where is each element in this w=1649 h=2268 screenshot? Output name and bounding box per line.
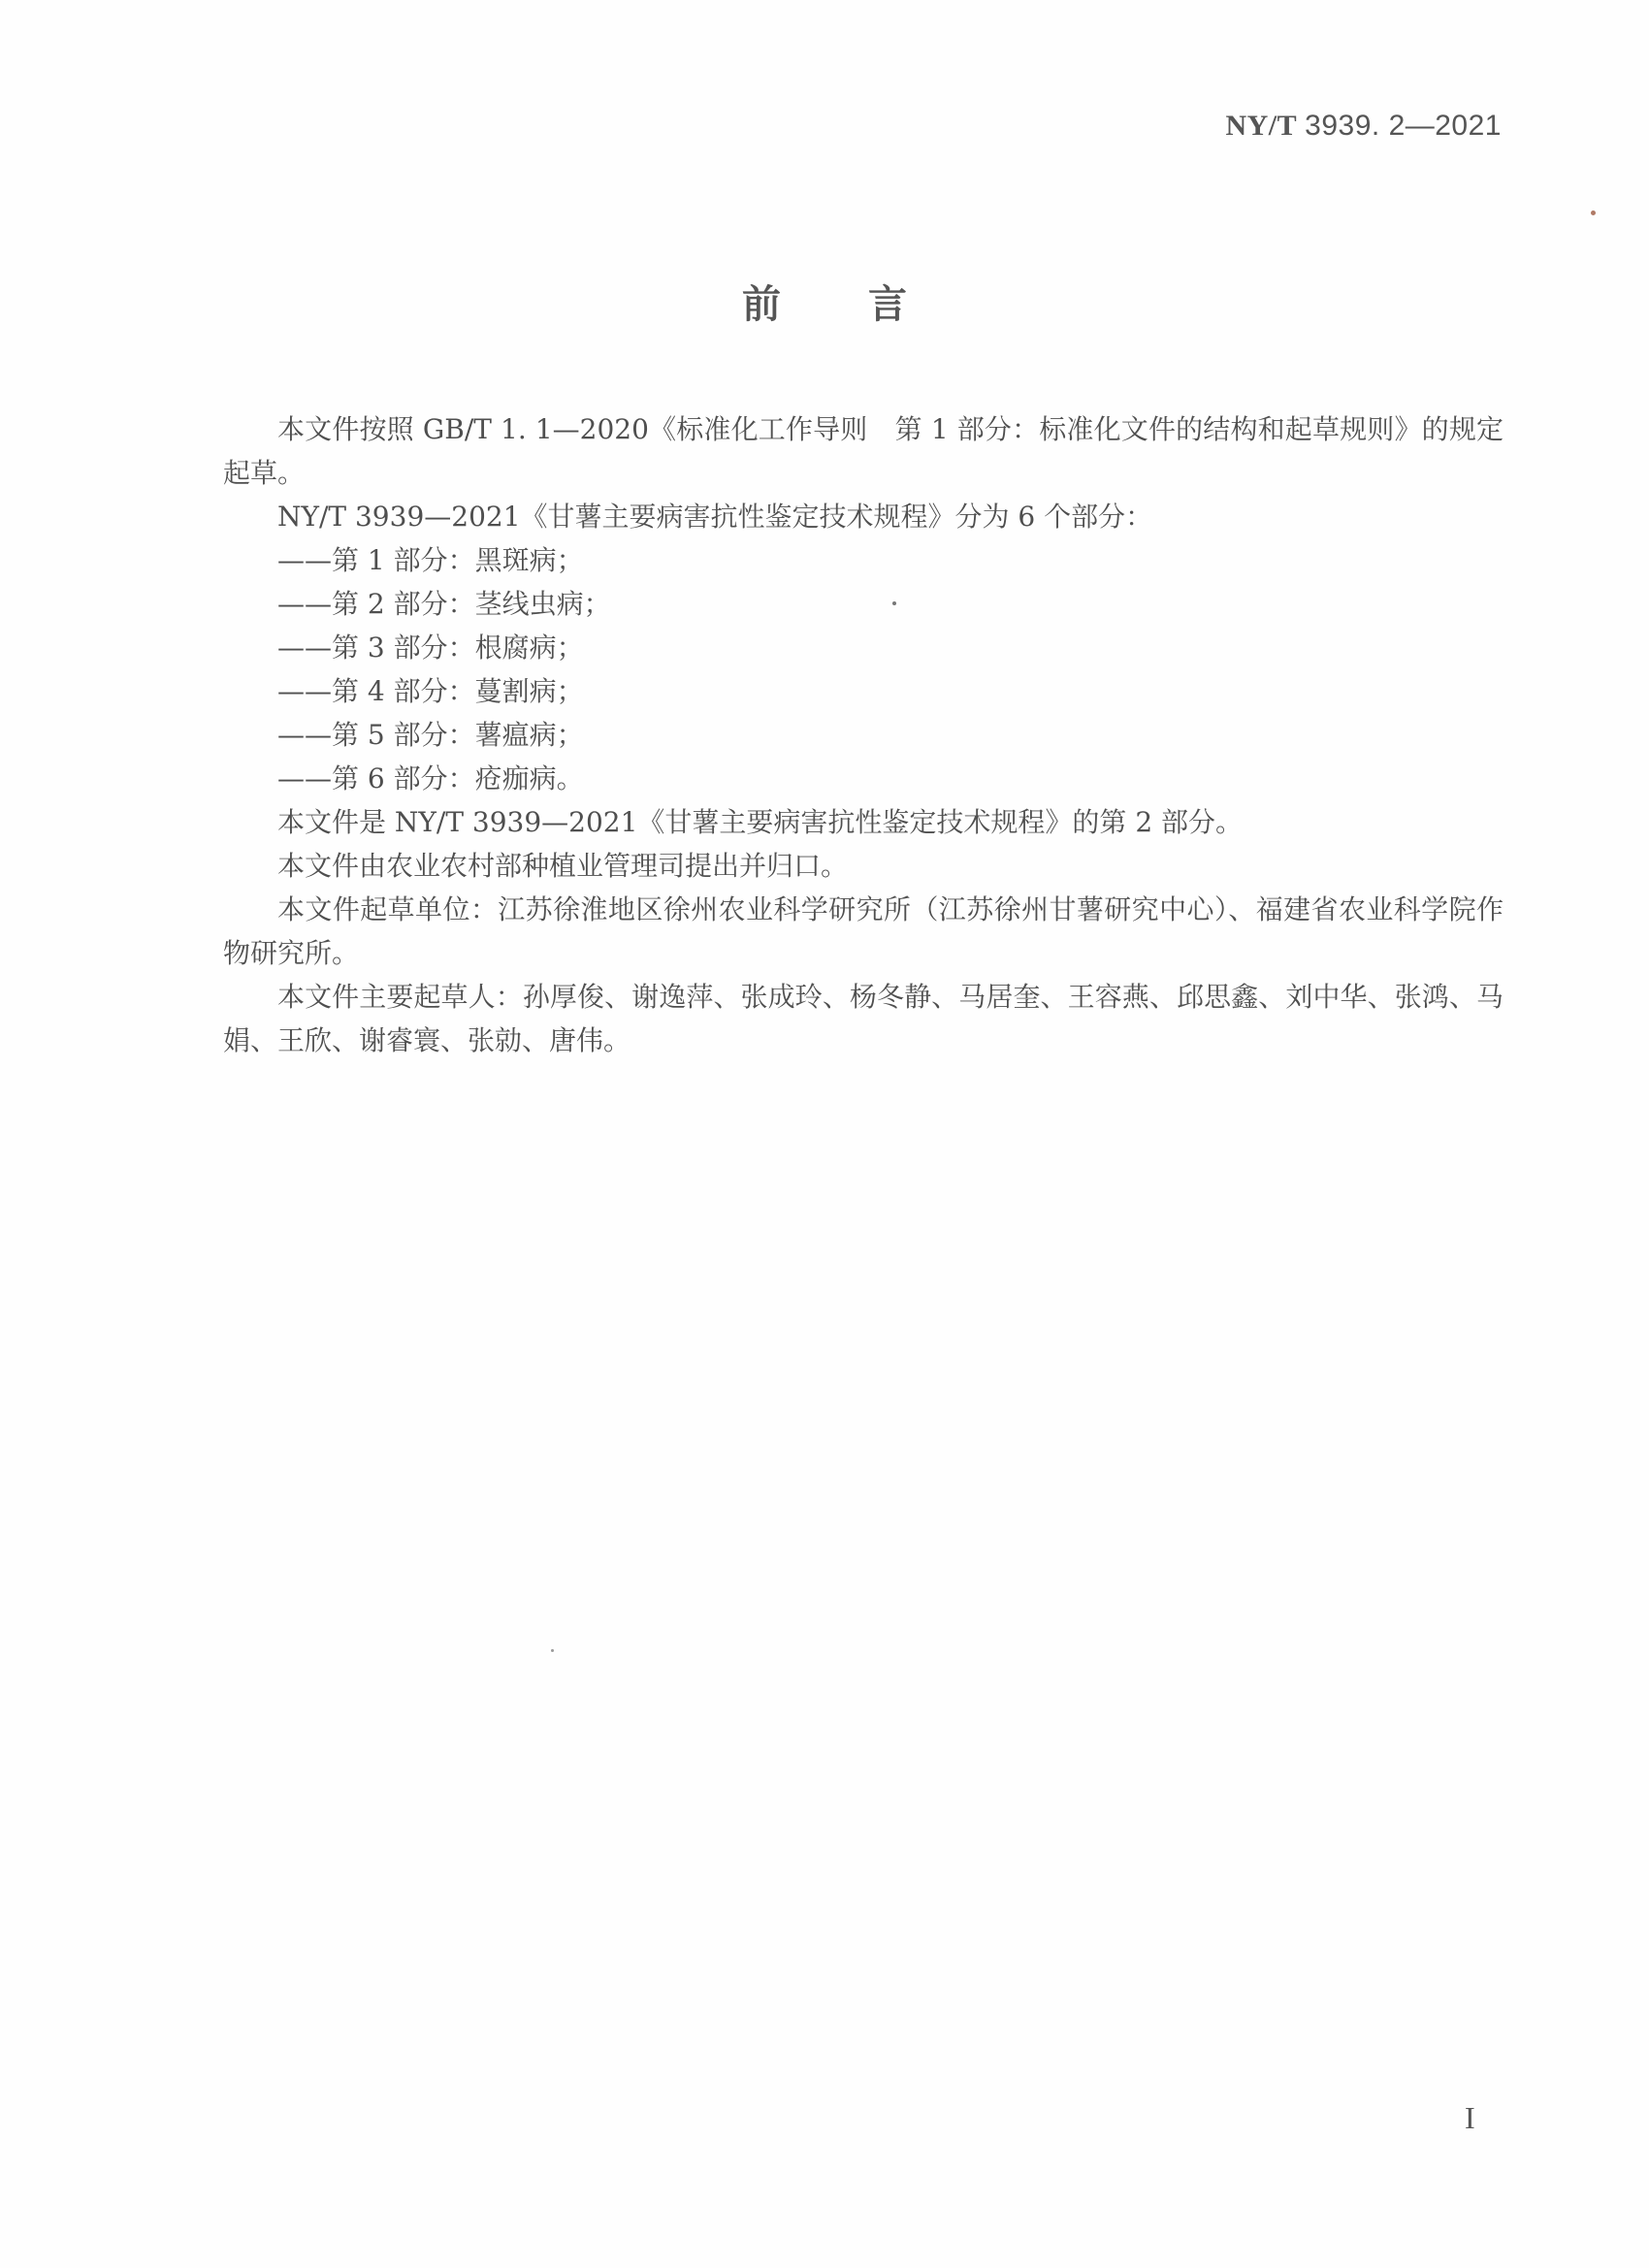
- standard-number: 3939. 2—2021: [1305, 110, 1502, 142]
- scan-speck: [1591, 211, 1596, 215]
- paragraph-drafting-units: 本文件起草单位：江苏徐淮地区徐州农业科学研究所（江苏徐州甘薯研究中心）、福建省农…: [223, 888, 1503, 975]
- list-item: ——第 2 部分：茎线虫病；: [223, 582, 1503, 626]
- parts-list: ——第 1 部分：黑斑病； ——第 2 部分：茎线虫病； ——第 3 部分：根腐…: [223, 538, 1503, 800]
- paragraph-parts-intro: NY/T 3939—2021《甘薯主要病害抗性鉴定技术规程》分为 6 个部分：: [223, 495, 1503, 538]
- scan-speck: [892, 601, 896, 605]
- paragraph-drafters: 本文件主要起草人：孙厚俊、谢逸萍、张成玲、杨冬静、马居奎、王容燕、邱思鑫、刘中华…: [223, 975, 1503, 1062]
- list-item: ——第 3 部分：根腐病；: [223, 626, 1503, 669]
- list-item: ——第 1 部分：黑斑病；: [223, 538, 1503, 582]
- foreword-body: 本文件按照 GB/T 1. 1—2020《标准化工作导则 第 1 部分：标准化文…: [223, 407, 1503, 1062]
- page-title: 前言: [0, 274, 1649, 329]
- list-item: ——第 4 部分：蔓割病；: [223, 669, 1503, 713]
- list-item: ——第 5 部分：薯瘟病；: [223, 713, 1503, 757]
- paragraph-drafting-rules: 本文件按照 GB/T 1. 1—2020《标准化工作导则 第 1 部分：标准化文…: [223, 407, 1503, 495]
- standard-code-header: NY/T3939. 2—2021: [1225, 109, 1502, 143]
- paragraph-proposer: 本文件由农业农村部种植业管理司提出并归口。: [223, 844, 1503, 888]
- paragraph-part-statement: 本文件是 NY/T 3939—2021《甘薯主要病害抗性鉴定技术规程》的第 2 …: [223, 800, 1503, 844]
- document-page: NY/T3939. 2—2021 前言 本文件按照 GB/T 1. 1—2020…: [0, 0, 1649, 2268]
- list-item: ——第 6 部分：疮痂病。: [223, 757, 1503, 800]
- scan-speck: [551, 1649, 554, 1652]
- standard-prefix: NY/T: [1225, 110, 1297, 142]
- page-number: I: [1465, 2100, 1475, 2136]
